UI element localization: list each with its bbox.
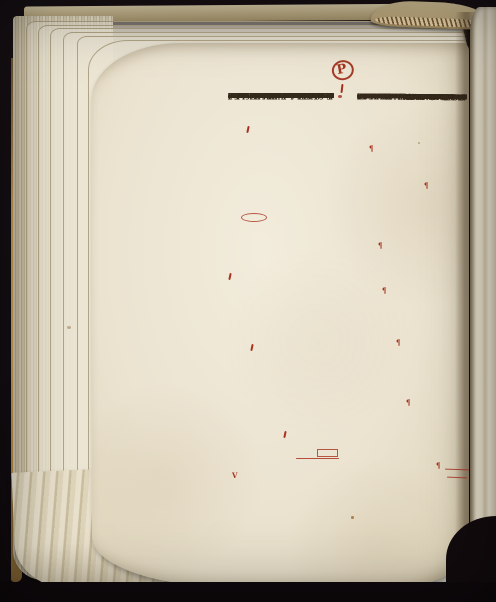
text-line: sed una. Vita dico q̄ inter oēs potētias: [228, 93, 334, 100]
foxing-spot: [418, 142, 420, 144]
red-pilcrow: ¶: [369, 145, 373, 152]
red-pilcrow: ¶: [396, 339, 400, 346]
background-floor: [0, 582, 496, 602]
red-pilcrow: ¶: [436, 462, 440, 469]
page-recto: [92, 43, 469, 587]
red-pilcrow: ¶: [424, 182, 428, 189]
red-pilcrow: ¶: [378, 242, 382, 249]
text-line: lux 7 calor sunt formaliter. diversis oc…: [357, 93, 467, 102]
library-stamp: P: [329, 57, 359, 85]
red-pilcrow: ¶: [382, 287, 386, 294]
red-ink-circle-annotation: [241, 213, 267, 222]
red-pilcrow: ¶: [406, 399, 410, 406]
book-photo: dicens q̄ hec tria. s. memoria intellige…: [0, 0, 496, 602]
stamp-ink-dot: [338, 95, 342, 98]
foxing-spot: [67, 326, 71, 329]
foxing-spot: [351, 516, 354, 519]
text-column-right: pricipatū tenet nobilitas. 7 illa ē que …: [357, 93, 467, 94]
red-ink-box-annotation: [317, 449, 338, 457]
red-versal: V: [232, 472, 237, 479]
